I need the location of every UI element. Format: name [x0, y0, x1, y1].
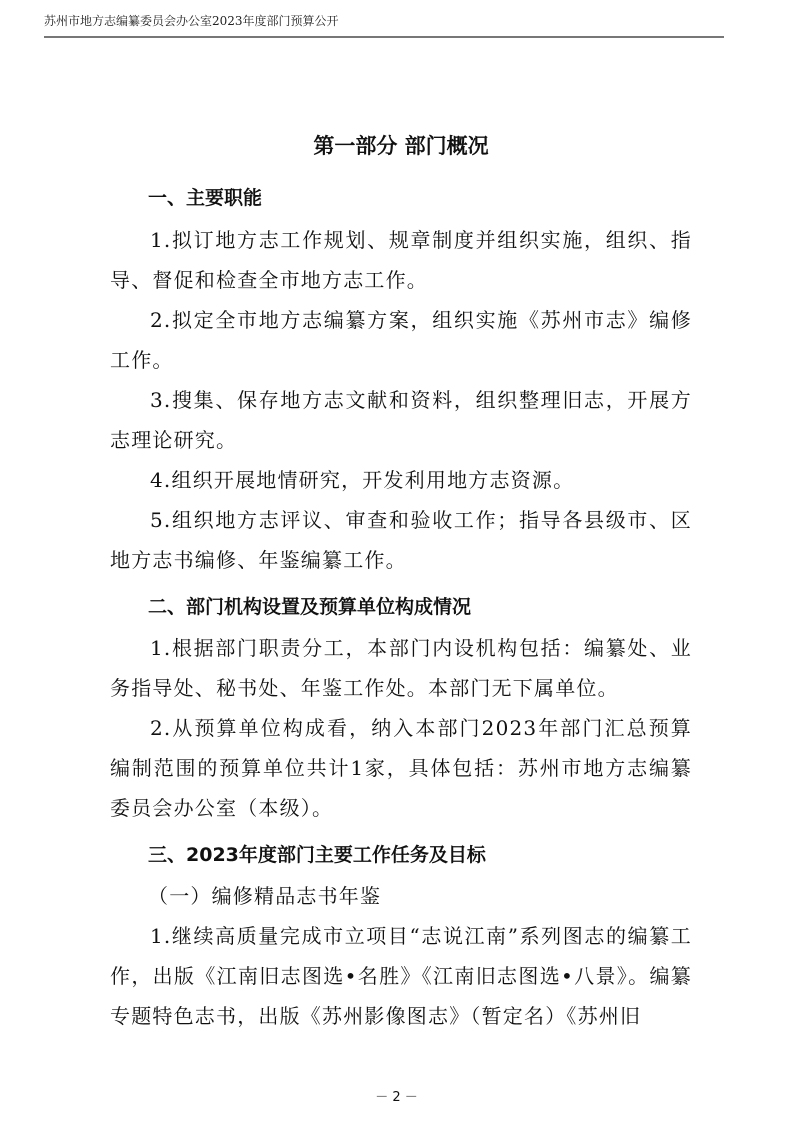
- paragraph: 3.搜集、保存地方志文献和资料，组织整理旧志，开展方志理论研究。: [110, 380, 692, 460]
- section-heading-1: 一、主要职能: [148, 183, 262, 210]
- page-title: 第一部分 部门概况: [110, 130, 692, 160]
- section-heading-3: 三、2023年度部门主要工作任务及目标: [148, 840, 486, 867]
- paragraph: 1.根据部门职责分工，本部门内设机构包括：编纂处、业务指导处、秘书处、年鉴工作处…: [110, 628, 692, 708]
- paragraph: 4.组织开展地情研究，开发利用地方志资源。: [110, 460, 692, 500]
- subheading: （一）编修精品志书年鉴: [148, 876, 730, 916]
- section-heading-2: 二、部门机构设置及预算单位构成情况: [148, 592, 471, 619]
- page-number: － 2 －: [0, 1086, 793, 1105]
- paragraph: 2.拟定全市地方志编纂方案，组织实施《苏州市志》编修工作。: [110, 300, 692, 380]
- paragraph: 1.继续高质量完成市立项目“志说江南”系列图志的编纂工作，出版《江南旧志图选•名…: [110, 916, 692, 1036]
- running-header: 苏州市地方志编纂委员会办公室2023年度部门预算公开: [44, 12, 479, 29]
- paragraph: 5.组织地方志评议、审查和验收工作；指导各县级市、区地方志书编修、年鉴编纂工作。: [110, 500, 692, 580]
- paragraph: 1.拟订地方志工作规划、规章制度并组织实施，组织、指导、督促和检查全市地方志工作…: [110, 220, 692, 300]
- header-rule: [44, 36, 724, 38]
- paragraph: 2.从预算单位构成看，纳入本部门2023年部门汇总预算编制范围的预算单位共计1家…: [110, 708, 692, 828]
